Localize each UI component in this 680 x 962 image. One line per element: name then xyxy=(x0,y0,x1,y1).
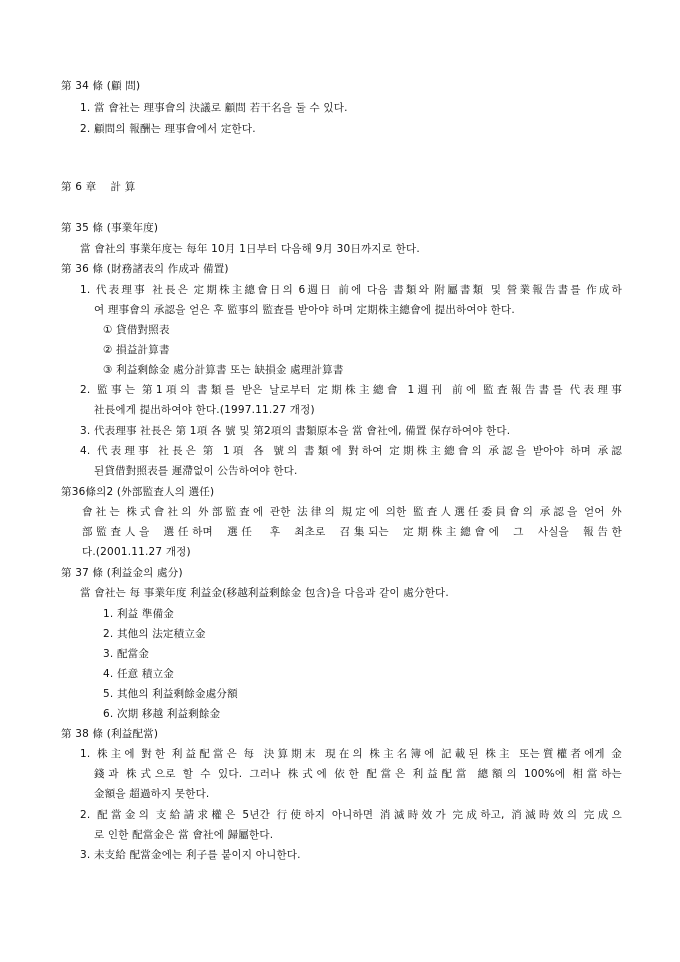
article-36-item-3: 3. 代表理事 社長은 第 1項 各 號 및 第2項의 書類原本을 當 會社에,… xyxy=(80,424,510,438)
article-36-2-line-3: 다.(2001.11.27 개정) xyxy=(82,545,191,559)
article-36-2-heading: 第36條의2 (外部監査人의 選任) xyxy=(61,485,214,499)
document-page: 第 34 條 (顧 問) 1. 當 會社는 理事會의 決議로 顧問 若干名을 둘… xyxy=(0,0,680,962)
article-38-item-1-line-3: 金額을 超過하지 못한다. xyxy=(94,787,209,801)
article-37-item-1: 1. 利益 準備金 xyxy=(103,607,174,621)
article-36-subitem-3: ③ 利益剩餘金 處分計算書 또는 缺損金 處理計算書 xyxy=(103,363,344,377)
article-36-2-line-1: 會社는 株式會社의 外部監査에 관한 法律의 規定에 의한 監査人選任委員會의 … xyxy=(82,505,622,519)
article-38-item-2-line-1: 2. 配當金의 支給請求權은 5년간 行使하지 아니하면 消滅時效가 完成하고,… xyxy=(80,808,622,822)
article-36-item-2-line-1: 2. 監事는 第1項의 書類를 받은 날로부터 定期株主總會 1週刊 前에 監査… xyxy=(80,383,622,397)
article-36-item-1-line-1: 1. 代表理事 社長은 定期株主總會日의 6週日 前에 다음 書類와 附屬書類 … xyxy=(80,283,622,297)
article-38-heading: 第 38 條 (利益配當) xyxy=(61,727,158,741)
article-37-item-5: 5. 其他의 利益剩餘金處分額 xyxy=(103,687,238,701)
article-37-body: 當 會社는 每 事業年度 利益金(移越利益剩餘金 包含)을 다음과 같이 處分한… xyxy=(80,586,449,600)
article-38-item-2-line-2: 로 인한 配當金은 當 會社에 歸屬한다. xyxy=(94,828,273,842)
article-37-item-6: 6. 次期 移越 利益剩餘金 xyxy=(103,707,220,721)
article-35-heading: 第 35 條 (事業年度) xyxy=(61,221,158,235)
article-36-2-line-2: 部監査人을 選任하며 選任 후 최초로 召集되는 定期株主總會에 그 사실을 報… xyxy=(82,525,622,539)
article-37-item-4: 4. 任意 積立金 xyxy=(103,667,174,681)
article-37-item-2: 2. 其他의 法定積立金 xyxy=(103,627,206,641)
article-37-item-3: 3. 配當金 xyxy=(103,647,149,661)
article-36-item-2-line-2: 社長에게 提出하여야 한다.(1997.11.27 개정) xyxy=(94,403,315,417)
article-35-body: 當 會社의 事業年度는 每年 10月 1日부터 다음해 9月 30日까지로 한다… xyxy=(80,242,420,256)
article-37-heading: 第 37 條 (利益金의 處分) xyxy=(61,566,183,580)
article-38-item-1-line-1: 1. 株主에 對한 利益配當은 每 決算期末 現在의 株主名簿에 記載된 株主 … xyxy=(80,747,622,761)
article-36-item-4-line-2: 된貸借對照表를 遲滯없이 公告하여야 한다. xyxy=(94,464,298,478)
chapter-6-heading: 第 6 章 計 算 xyxy=(61,180,135,194)
article-38-item-3: 3. 未支給 配當金에는 利子를 붙이지 아니한다. xyxy=(80,848,301,862)
article-34-item-1: 1. 當 會社는 理事會의 決議로 顧問 若干名을 둘 수 있다. xyxy=(80,101,348,115)
article-36-heading: 第 36 條 (財務諸表의 作成과 備置) xyxy=(61,262,229,276)
article-36-item-1-line-2: 여 理事會의 承認을 얻은 후 監事의 監査를 받아야 하며 定期株主總會에 提… xyxy=(94,303,515,317)
article-36-subitem-2: ② 損益計算書 xyxy=(103,343,170,357)
article-34-heading: 第 34 條 (顧 問) xyxy=(61,79,140,93)
article-36-subitem-1: ① 貸借對照表 xyxy=(103,323,170,337)
article-34-item-2: 2. 顧問의 報酬는 理事會에서 定한다. xyxy=(80,122,256,136)
article-38-item-1-line-2: 錢과 株式으로 할 수 있다. 그러나 株式에 依한 配當은 利益配當 總額의 … xyxy=(94,767,622,781)
article-36-item-4-line-1: 4. 代表理事 社長은 第 1項 各 號의 書類에 對하여 定期株主總會의 承認… xyxy=(80,444,622,458)
